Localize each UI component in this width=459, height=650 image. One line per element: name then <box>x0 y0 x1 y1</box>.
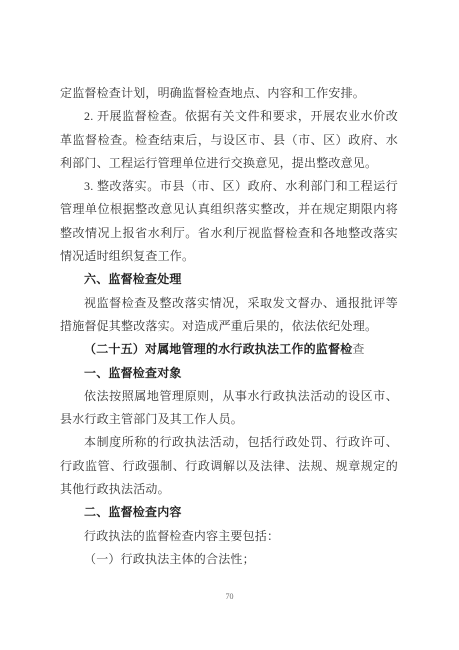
paragraph-text: 视监督检查及整改落实情况，采取发文督办、通报批评等措施督促其整改落实。对造成严重… <box>60 296 398 333</box>
paragraph-text: 依法按照属地管理原则，从事水行政执法活动的设区市、县水行政主管部门及其工作人员。 <box>60 389 398 426</box>
paragraph: 依法按照属地管理原则，从事水行政执法活动的设区市、县水行政主管部门及其工作人员。 <box>60 385 398 432</box>
document-body: 定监督检查计划，明确监督检查地点、内容和工作安排。2. 开展监督检查。依据有关文… <box>60 82 398 571</box>
paragraph-text: 2. 开展监督检查。依据有关文件和要求，开展农业水价改革监督检查。检查结束后，与… <box>60 109 398 170</box>
paragraph-text: 一、监督检查对象 <box>84 366 182 380</box>
paragraph: （一）行政执法主体的合法性； <box>60 548 398 571</box>
paragraph: 本制度所称的行政执法活动，包括行政处罚、行政许可、行政监管、行政强制、行政调解以… <box>60 431 398 501</box>
section-heading: （二十五）对属地管理的水行政执法工作的监督检查 <box>60 338 398 361</box>
paragraph: 2. 开展监督检查。依据有关文件和要求，开展农业水价改革监督检查。检查结束后，与… <box>60 105 398 175</box>
paragraph-text: （二十五）对属地管理的水行政执法工作的监督检 <box>84 342 352 356</box>
paragraph-text: 3. 整改落实。市县（市、区）政府、水利部门和工程运行管理单位根据整改意见认真组… <box>60 179 398 263</box>
page-number: 70 <box>0 592 459 602</box>
paragraph-text: 定监督检查计划，明确监督检查地点、内容和工作安排。 <box>60 86 365 100</box>
paragraph-text: 本制度所称的行政执法活动，包括行政处罚、行政许可、行政监管、行政强制、行政调解以… <box>60 435 398 496</box>
document-page: 定监督检查计划，明确监督检查地点、内容和工作安排。2. 开展监督检查。依据有关文… <box>0 0 459 650</box>
section-heading: 一、监督检查对象 <box>60 362 398 385</box>
paragraph-text: （一）行政执法主体的合法性； <box>84 552 255 566</box>
paragraph: 3. 整改落实。市县（市、区）政府、水利部门和工程运行管理单位根据整改意见认真组… <box>60 175 398 268</box>
section-heading: 六、监督检查处理 <box>60 268 398 291</box>
paragraph-text: 行政执法的监督检查内容主要包括： <box>84 529 279 543</box>
paragraph: 定监督检查计划，明确监督检查地点、内容和工作安排。 <box>60 82 398 105</box>
paragraph-text: 二、监督检查内容 <box>84 505 182 519</box>
paragraph: 视监督检查及整改落实情况，采取发文督办、通报批评等措施督促其整改落实。对造成严重… <box>60 292 398 339</box>
paragraph: 行政执法的监督检查内容主要包括： <box>60 525 398 548</box>
paragraph-text: 六、监督检查处理 <box>84 272 182 286</box>
heading-suffix-text: 查 <box>352 342 364 356</box>
section-heading: 二、监督检查内容 <box>60 501 398 524</box>
